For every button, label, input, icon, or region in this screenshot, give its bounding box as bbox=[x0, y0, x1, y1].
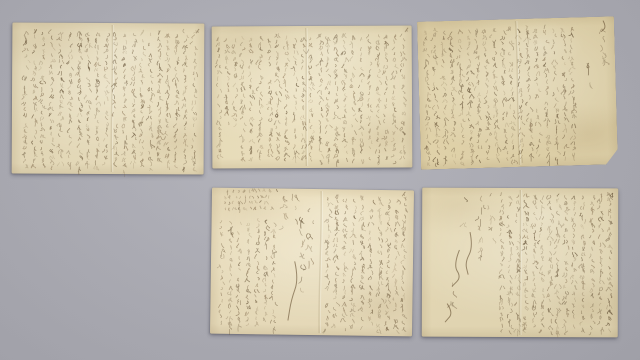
handwriting-stroke bbox=[151, 145, 155, 149]
handwriting-stroke bbox=[378, 35, 379, 38]
handwriting-stroke bbox=[243, 190, 245, 193]
handwriting-stroke bbox=[395, 210, 398, 214]
handwriting-stroke bbox=[258, 139, 259, 142]
handwriting-stroke bbox=[388, 217, 389, 221]
handwriting-stroke bbox=[511, 154, 514, 158]
handwriting-stroke bbox=[610, 203, 611, 205]
handwriting-stroke bbox=[87, 55, 89, 58]
handwriting-stroke bbox=[285, 63, 288, 67]
handwriting-stroke bbox=[589, 332, 591, 335]
handwriting-stroke bbox=[232, 201, 233, 204]
handwriting-stroke bbox=[238, 317, 240, 322]
handwriting-stroke bbox=[523, 194, 529, 198]
handwriting-stroke bbox=[394, 52, 395, 54]
handwriting-layer bbox=[210, 188, 414, 337]
handwriting-stroke bbox=[265, 201, 269, 204]
handwriting-stroke bbox=[573, 325, 575, 329]
handwriting-stroke bbox=[432, 105, 438, 110]
handwriting-stroke bbox=[284, 130, 287, 134]
handwriting-stroke bbox=[297, 77, 298, 81]
handwriting-stroke bbox=[493, 86, 497, 91]
handwriting-stroke bbox=[377, 115, 379, 118]
handwriting-stroke bbox=[561, 224, 564, 228]
handwriting-stroke bbox=[24, 31, 28, 35]
handwriting-stroke bbox=[249, 158, 253, 162]
handwriting-stroke bbox=[377, 92, 381, 95]
handwriting-stroke bbox=[24, 129, 27, 132]
handwriting-stroke bbox=[34, 153, 37, 157]
handwriting-stroke bbox=[354, 262, 356, 264]
handwriting-stroke bbox=[104, 74, 107, 79]
handwriting-stroke bbox=[388, 254, 390, 257]
handwriting-stroke bbox=[503, 146, 507, 150]
handwriting-stroke bbox=[376, 137, 379, 141]
handwriting-stroke bbox=[526, 118, 531, 123]
handwriting-stroke bbox=[333, 238, 338, 242]
handwriting-stroke bbox=[540, 266, 543, 271]
handwriting-stroke bbox=[477, 140, 479, 143]
handwriting-stroke bbox=[601, 21, 605, 31]
handwriting-stroke bbox=[175, 113, 179, 117]
handwriting-stroke bbox=[566, 267, 568, 271]
handwriting-stroke bbox=[368, 244, 370, 251]
handwriting-stroke bbox=[375, 150, 379, 154]
handwriting-stroke bbox=[554, 239, 559, 243]
handwriting-stroke bbox=[279, 84, 282, 88]
handwriting-stroke bbox=[260, 54, 263, 61]
handwriting-stroke bbox=[253, 207, 256, 210]
handwriting-stroke bbox=[42, 158, 44, 162]
handwriting-stroke bbox=[194, 78, 195, 80]
handwriting-stroke bbox=[431, 50, 435, 55]
handwriting-stroke bbox=[247, 228, 249, 232]
handwriting-stroke bbox=[229, 239, 232, 243]
handwriting-stroke bbox=[260, 76, 263, 80]
handwriting-stroke bbox=[402, 275, 403, 279]
handwriting-stroke bbox=[385, 322, 387, 326]
handwriting-stroke bbox=[40, 117, 43, 121]
handwriting-stroke bbox=[85, 49, 88, 52]
handwriting-stroke bbox=[242, 71, 244, 74]
handwriting-stroke bbox=[425, 37, 427, 41]
handwriting-stroke bbox=[502, 42, 504, 45]
handwriting-stroke bbox=[335, 211, 338, 215]
handwriting-stroke bbox=[343, 199, 347, 202]
handwriting-stroke bbox=[123, 87, 125, 91]
handwriting-stroke bbox=[565, 217, 567, 221]
handwriting-stroke bbox=[184, 160, 187, 164]
handwriting-stroke bbox=[427, 163, 429, 166]
handwriting-stroke bbox=[284, 153, 289, 157]
handwriting-stroke bbox=[513, 115, 515, 119]
handwriting-stroke bbox=[148, 63, 150, 66]
handwriting-stroke bbox=[575, 286, 577, 290]
handwriting-stroke bbox=[453, 97, 455, 101]
handwriting-stroke bbox=[431, 38, 433, 41]
handwriting-stroke bbox=[228, 322, 232, 327]
handwriting-stroke bbox=[193, 167, 196, 171]
handwriting-stroke bbox=[41, 123, 42, 126]
handwriting-stroke bbox=[157, 158, 162, 162]
handwriting-stroke bbox=[241, 87, 245, 91]
handwriting-stroke bbox=[553, 40, 554, 44]
handwriting-stroke bbox=[106, 38, 108, 42]
handwriting-stroke bbox=[265, 243, 267, 250]
handwriting-stroke bbox=[451, 132, 456, 137]
handwriting-stroke bbox=[306, 233, 312, 239]
handwriting-stroke bbox=[96, 96, 98, 100]
handwriting-stroke bbox=[122, 124, 125, 128]
handwriting-stroke bbox=[570, 72, 572, 74]
handwriting-stroke bbox=[294, 129, 295, 133]
handwriting-stroke bbox=[573, 228, 575, 231]
handwriting-stroke bbox=[273, 261, 276, 264]
handwriting-stroke bbox=[609, 267, 611, 269]
handwriting-stroke bbox=[328, 148, 330, 152]
handwriting-stroke bbox=[477, 80, 480, 85]
handwriting-stroke bbox=[108, 33, 110, 36]
handwriting-stroke bbox=[42, 32, 43, 35]
handwriting-stroke bbox=[479, 128, 482, 132]
handwriting-stroke bbox=[556, 227, 557, 235]
handwriting-stroke bbox=[598, 292, 599, 295]
handwriting-stroke bbox=[593, 283, 595, 287]
handwriting-stroke bbox=[545, 73, 547, 77]
handwriting-stroke bbox=[391, 138, 394, 142]
handwriting-stroke bbox=[133, 33, 136, 35]
handwriting-stroke bbox=[183, 29, 184, 33]
handwriting-stroke bbox=[258, 261, 259, 265]
handwriting-stroke bbox=[53, 48, 55, 51]
handwriting-stroke bbox=[433, 83, 434, 87]
handwriting-stroke bbox=[334, 99, 338, 104]
handwriting-stroke bbox=[461, 162, 464, 166]
handwriting-stroke bbox=[443, 111, 445, 115]
handwriting-stroke bbox=[361, 160, 364, 164]
handwriting-stroke bbox=[487, 157, 489, 160]
handwriting-stroke bbox=[133, 93, 136, 97]
handwriting-stroke bbox=[362, 132, 363, 135]
handwriting-stroke bbox=[536, 218, 538, 220]
handwriting-stroke bbox=[135, 39, 137, 46]
handwriting-stroke bbox=[329, 214, 332, 218]
handwriting-stroke bbox=[554, 104, 556, 108]
handwriting-stroke bbox=[229, 298, 232, 302]
handwriting-stroke bbox=[130, 161, 136, 169]
handwriting-stroke bbox=[87, 78, 90, 82]
handwriting-stroke bbox=[564, 235, 565, 238]
handwriting-stroke bbox=[525, 295, 527, 298]
handwriting-stroke bbox=[336, 267, 339, 270]
handwriting-stroke bbox=[334, 47, 337, 51]
handwriting-stroke bbox=[167, 75, 168, 79]
handwriting-stroke bbox=[79, 120, 81, 123]
handwriting-stroke bbox=[468, 101, 473, 108]
handwriting-stroke bbox=[95, 161, 96, 165]
handwriting-stroke bbox=[244, 123, 246, 126]
handwriting-stroke bbox=[370, 254, 371, 257]
handwriting-stroke bbox=[461, 128, 463, 132]
handwriting-stroke bbox=[493, 63, 497, 68]
handwriting-stroke bbox=[81, 56, 83, 60]
handwriting-stroke bbox=[249, 72, 251, 77]
handwriting-stroke bbox=[242, 151, 245, 155]
handwriting-stroke bbox=[500, 36, 505, 40]
handwriting-stroke bbox=[22, 76, 26, 80]
handwriting-stroke bbox=[486, 139, 488, 142]
handwriting-stroke bbox=[78, 167, 80, 174]
handwriting-stroke bbox=[573, 147, 576, 150]
handwriting-stroke bbox=[359, 73, 364, 76]
handwriting-stroke bbox=[534, 212, 535, 214]
handwriting-stroke bbox=[324, 219, 329, 223]
handwriting-stroke bbox=[237, 244, 239, 248]
handwriting-stroke bbox=[309, 87, 315, 90]
handwriting-stroke bbox=[249, 38, 252, 41]
handwriting-stroke bbox=[554, 71, 556, 75]
handwriting-stroke bbox=[107, 81, 110, 84]
handwriting-stroke bbox=[372, 141, 373, 144]
handwriting-stroke bbox=[132, 133, 136, 138]
handwriting-stroke bbox=[592, 229, 593, 232]
handwriting-stroke bbox=[319, 101, 321, 104]
handwriting-stroke bbox=[89, 67, 90, 71]
handwriting-stroke bbox=[36, 130, 37, 134]
handwriting-stroke bbox=[69, 142, 72, 146]
handwriting-stroke bbox=[255, 284, 257, 287]
handwriting-stroke bbox=[581, 235, 584, 239]
handwriting-stroke bbox=[401, 243, 404, 247]
handwriting-stroke bbox=[607, 228, 609, 232]
handwriting-stroke bbox=[219, 127, 222, 130]
handwriting-stroke bbox=[308, 209, 310, 212]
handwriting-stroke bbox=[87, 140, 89, 145]
handwriting-stroke bbox=[99, 143, 100, 146]
handwriting-stroke bbox=[557, 87, 559, 91]
handwriting-stroke bbox=[511, 160, 517, 164]
handwriting-stroke bbox=[367, 74, 370, 79]
handwriting-stroke bbox=[261, 92, 263, 96]
handwriting-stroke bbox=[301, 93, 304, 97]
handwriting-stroke bbox=[321, 52, 323, 56]
handwriting-stroke bbox=[249, 85, 251, 89]
handwriting-stroke bbox=[311, 114, 313, 117]
handwriting-stroke bbox=[34, 29, 37, 33]
handwriting-stroke bbox=[244, 201, 246, 204]
handwriting-stroke bbox=[325, 274, 329, 279]
handwriting-stroke bbox=[426, 116, 430, 120]
handwriting-stroke bbox=[341, 64, 344, 68]
handwriting-stroke bbox=[378, 282, 383, 286]
handwriting-stroke bbox=[184, 75, 186, 79]
handwriting-stroke bbox=[486, 59, 489, 63]
handwriting-stroke bbox=[278, 150, 280, 154]
handwriting-stroke bbox=[265, 195, 267, 197]
handwriting-stroke bbox=[182, 62, 187, 66]
handwriting-stroke bbox=[572, 303, 575, 307]
handwriting-stroke bbox=[216, 60, 218, 64]
handwriting-stroke bbox=[34, 84, 38, 88]
handwriting-stroke bbox=[293, 145, 295, 149]
handwriting-stroke bbox=[402, 281, 403, 283]
handwriting-stroke bbox=[404, 197, 406, 200]
handwriting-stroke bbox=[241, 157, 245, 161]
handwriting-stroke bbox=[582, 253, 585, 256]
handwriting-stroke bbox=[310, 60, 311, 63]
handwriting-stroke bbox=[444, 156, 447, 164]
handwriting-stroke bbox=[385, 81, 387, 85]
handwriting-stroke bbox=[536, 206, 537, 209]
handwriting-stroke bbox=[319, 73, 320, 76]
handwriting-stroke bbox=[294, 73, 295, 76]
handwriting-stroke bbox=[96, 137, 98, 141]
handwriting-stroke bbox=[564, 261, 568, 264]
handwriting-stroke bbox=[300, 115, 305, 119]
handwriting-stroke bbox=[319, 136, 321, 144]
handwriting-stroke bbox=[39, 67, 41, 71]
handwriting-stroke bbox=[534, 41, 537, 45]
handwriting-stroke bbox=[165, 119, 168, 123]
handwriting-stroke bbox=[123, 69, 125, 73]
handwriting-stroke bbox=[536, 145, 538, 149]
handwriting-stroke bbox=[219, 149, 221, 152]
handwriting-stroke bbox=[486, 78, 489, 82]
handwriting-stroke bbox=[557, 194, 559, 196]
handwriting-stroke bbox=[238, 201, 243, 206]
handwriting-stroke bbox=[590, 202, 593, 206]
handwriting-stroke bbox=[533, 300, 536, 307]
handwriting-stroke bbox=[328, 75, 330, 77]
handwriting-stroke bbox=[358, 307, 363, 312]
handwriting-stroke bbox=[311, 158, 312, 161]
handwriting-stroke bbox=[565, 157, 566, 161]
handwriting-stroke bbox=[451, 70, 454, 73]
handwriting-stroke bbox=[337, 105, 338, 108]
handwriting-stroke bbox=[403, 39, 405, 41]
handwriting-stroke bbox=[501, 313, 503, 316]
handwriting-stroke bbox=[547, 195, 551, 199]
handwriting-stroke bbox=[295, 107, 296, 110]
handwriting-stroke bbox=[166, 69, 169, 73]
handwriting-stroke bbox=[354, 131, 356, 135]
handwriting-stroke bbox=[526, 217, 528, 221]
handwriting-stroke bbox=[232, 207, 236, 210]
handwriting-stroke bbox=[228, 195, 230, 199]
handwriting-stroke bbox=[609, 282, 613, 287]
handwriting-stroke bbox=[87, 117, 89, 120]
handwriting-stroke bbox=[115, 157, 117, 161]
handwriting-stroke bbox=[546, 80, 547, 84]
handwriting-stroke bbox=[559, 205, 561, 210]
handwriting-stroke bbox=[72, 67, 74, 70]
handwriting-stroke bbox=[135, 137, 136, 139]
handwriting-stroke bbox=[249, 233, 252, 237]
handwriting-stroke bbox=[249, 49, 253, 53]
handwriting-stroke bbox=[509, 270, 510, 273]
handwriting-stroke bbox=[551, 332, 553, 335]
handwriting-stroke bbox=[327, 264, 328, 268]
handwriting-stroke bbox=[60, 89, 64, 93]
handwriting-stroke bbox=[124, 80, 127, 85]
handwriting-stroke bbox=[265, 232, 266, 236]
handwriting-stroke bbox=[563, 285, 566, 289]
handwriting-stroke bbox=[246, 223, 249, 226]
handwriting-stroke bbox=[26, 165, 28, 168]
handwriting-stroke bbox=[500, 228, 501, 231]
handwriting-stroke bbox=[95, 45, 98, 50]
handwriting-stroke bbox=[255, 300, 257, 303]
handwriting-stroke bbox=[544, 25, 545, 29]
handwriting-stroke bbox=[547, 160, 550, 167]
handwriting-stroke bbox=[565, 291, 568, 295]
handwriting-stroke bbox=[114, 135, 118, 140]
handwriting-stroke bbox=[360, 257, 363, 260]
handwriting-stroke bbox=[257, 196, 258, 198]
handwriting-stroke bbox=[533, 29, 537, 33]
handwriting-stroke bbox=[505, 123, 508, 127]
handwriting-stroke bbox=[386, 239, 388, 243]
handwriting-stroke bbox=[486, 72, 488, 77]
handwriting-stroke bbox=[193, 59, 196, 64]
handwriting-stroke bbox=[246, 295, 249, 300]
handwriting-stroke bbox=[228, 89, 229, 92]
handwriting-stroke bbox=[217, 48, 219, 52]
handwriting-stroke bbox=[59, 50, 61, 54]
handwriting-stroke bbox=[323, 329, 326, 333]
handwriting-stroke bbox=[303, 44, 305, 47]
handwriting-stroke bbox=[402, 321, 405, 324]
handwriting-stroke bbox=[386, 157, 388, 160]
handwriting-stroke bbox=[309, 66, 312, 69]
handwriting-stroke bbox=[517, 195, 519, 198]
handwriting-stroke bbox=[590, 326, 592, 330]
handwriting-stroke bbox=[353, 254, 356, 259]
handwriting-stroke bbox=[167, 40, 168, 43]
handwriting-stroke bbox=[536, 150, 538, 154]
handwriting-stroke bbox=[227, 76, 229, 80]
handwriting-stroke bbox=[344, 145, 346, 148]
handwriting-stroke bbox=[344, 134, 345, 137]
handwriting-stroke bbox=[392, 103, 394, 107]
handwriting-stroke bbox=[541, 245, 543, 250]
handwriting-stroke bbox=[532, 293, 535, 297]
handwriting-stroke bbox=[233, 83, 235, 87]
handwriting-stroke bbox=[104, 67, 107, 71]
handwriting-stroke bbox=[274, 273, 275, 277]
handwriting-stroke bbox=[320, 160, 323, 164]
handwriting-stroke bbox=[494, 131, 497, 139]
handwriting-stroke bbox=[462, 140, 465, 144]
handwriting-stroke bbox=[443, 163, 445, 166]
handwriting-stroke bbox=[534, 255, 535, 259]
handwriting-stroke bbox=[543, 30, 545, 34]
handwriting-stroke bbox=[96, 90, 97, 93]
handwriting-stroke bbox=[515, 274, 520, 278]
handwriting-stroke bbox=[392, 131, 395, 134]
handwriting-stroke bbox=[225, 50, 230, 53]
handwriting-stroke bbox=[496, 153, 499, 158]
handwriting-stroke bbox=[534, 243, 536, 248]
handwriting-stroke bbox=[265, 312, 267, 316]
handwriting-stroke bbox=[268, 196, 269, 199]
handwriting-stroke bbox=[369, 292, 371, 295]
handwriting-stroke bbox=[443, 140, 448, 144]
handwriting-stroke bbox=[78, 66, 81, 74]
handwriting-stroke bbox=[326, 246, 328, 250]
handwriting-stroke bbox=[531, 107, 533, 111]
handwriting-stroke bbox=[532, 147, 533, 150]
handwriting-stroke bbox=[352, 107, 354, 111]
